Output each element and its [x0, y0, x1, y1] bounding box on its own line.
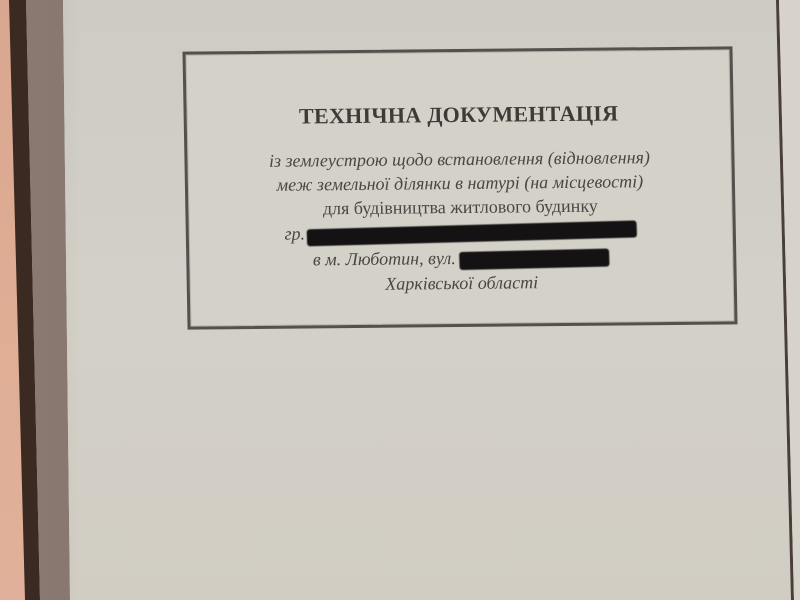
address-prefix: в м. Люботин, вул.	[313, 248, 456, 269]
redacted-owner-name	[307, 221, 637, 247]
document-title: ТЕХНІЧНА ДОКУМЕНТАЦІЯ	[186, 99, 730, 130]
region-line: Харківської області	[190, 270, 734, 296]
photo-scene: ТЕХНІЧНА ДОКУМЕНТАЦІЯ із землеустрою щод…	[0, 0, 800, 600]
address-line: в м. Люботин, вул.	[189, 245, 733, 271]
owner-line: гр.	[189, 219, 733, 245]
redacted-street	[459, 248, 610, 270]
title-frame: ТЕХНІЧНА ДОКУМЕНТАЦІЯ із землеустрою щод…	[182, 46, 737, 329]
subtitle-line-1: із землеустрою щодо встановлення (віднов…	[187, 146, 731, 172]
subtitle-line-2: меж земельної ділянки в натурі (на місце…	[188, 170, 732, 196]
owner-prefix: гр.	[284, 223, 305, 243]
purpose-line: для будівництва житлового будинку	[188, 194, 732, 220]
